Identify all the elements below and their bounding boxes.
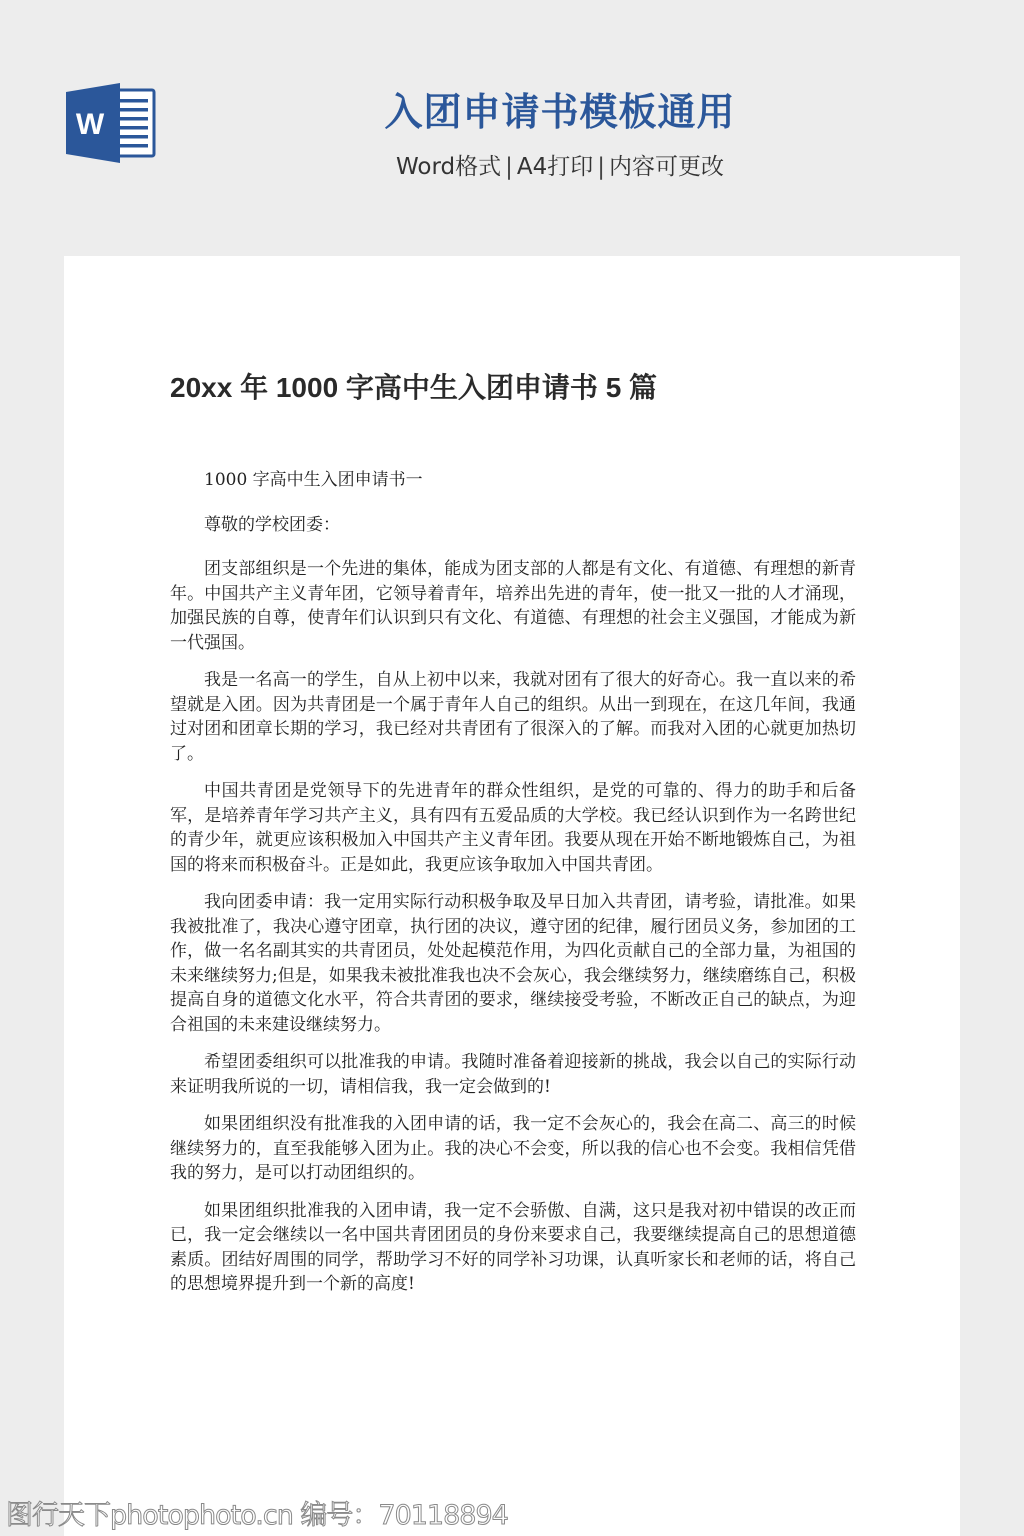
subtitle-editable: 内容可更改	[609, 154, 724, 180]
subtitle-print: A4打印	[517, 154, 593, 180]
template-title: 入团申请书模板通用	[300, 92, 820, 134]
word-document-icon: W	[64, 80, 156, 164]
body-paragraph: 我向团委申请：我一定用实际行动积极争取及早日加入共青团，请考验，请批准。如果我被…	[170, 890, 856, 1037]
section-heading: 1000 字高中生入团申请书一	[170, 468, 856, 493]
subtitle-format: Word格式	[396, 154, 501, 180]
subtitle-separator: |	[501, 154, 517, 180]
body-paragraph: 如果团组织批准我的入团申请，我一定不会骄傲、自满，这只是我对初中错误的改正而已，…	[170, 1199, 856, 1297]
document-page: 20xx 年 1000 字高中生入团申请书 5 篇 1000 字高中生入团申请书…	[64, 256, 960, 1536]
document-title: 20xx 年 1000 字高中生入团申请书 5 篇	[170, 366, 657, 406]
body-paragraph: 团支部组织是一个先进的集体，能成为团支部的人都是有文化、有道德、有理想的新青年。…	[170, 557, 856, 655]
subtitle-separator: |	[593, 154, 609, 180]
body-paragraph: 我是一名高一的学生，自从上初中以来，我就对团有了很大的好奇心。我一直以来的希望就…	[170, 668, 856, 766]
page-header: W 入团申请书模板通用 Word格式|A4打印|内容可更改	[0, 0, 1024, 256]
svg-text:W: W	[76, 108, 105, 141]
body-paragraph: 希望团委组织可以批准我的申请。我随时准备着迎接新的挑战，我会以自己的实际行动来证…	[170, 1050, 856, 1099]
document-body: 1000 字高中生入团申请书一 尊敬的学校团委： 团支部组织是一个先进的集体，能…	[170, 468, 856, 1310]
body-paragraph: 中国共青团是党领导下的先进青年的群众性组织，是党的可靠的、得力的助手和后备军，是…	[170, 779, 856, 877]
template-subtitle: Word格式|A4打印|内容可更改	[300, 154, 820, 182]
salutation: 尊敬的学校团委：	[170, 513, 856, 538]
watermark: 图行天下photophoto.cn 编号：70118894	[6, 1493, 508, 1532]
body-paragraph: 如果团组织没有批准我的入团申请的话，我一定不会灰心的，我会在高二、高三的时候继续…	[170, 1112, 856, 1186]
